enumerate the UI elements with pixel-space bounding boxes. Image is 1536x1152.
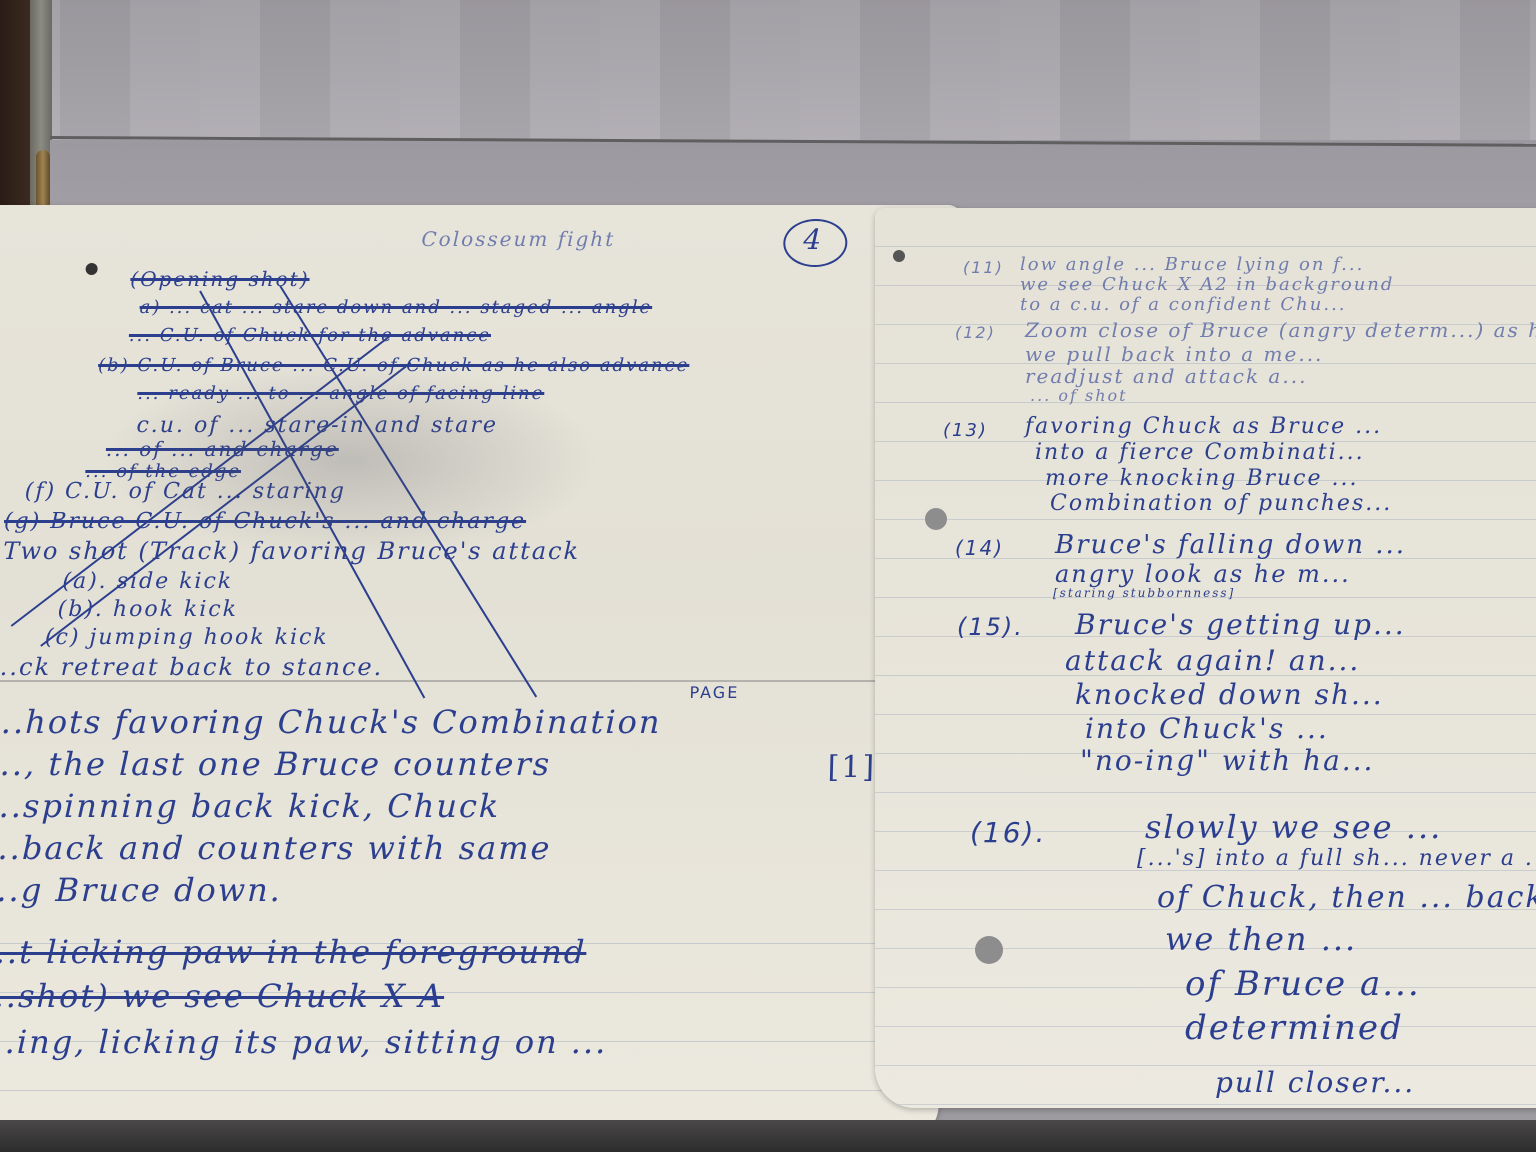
display-case-hinge — [36, 150, 50, 210]
entry-line: into a fierce Combinati... — [1035, 440, 1365, 465]
script-line: ...hots favoring Chuck's Combination — [0, 703, 662, 741]
entry-line: Zoom close of Bruce (angry determ...) as… — [1025, 318, 1536, 342]
entry-line: knocked down sh... — [1075, 678, 1384, 711]
page-number: 4 — [803, 223, 824, 256]
attack-list-item: (a). side kick — [62, 569, 233, 594]
script-line: ...g Bruce down. — [0, 871, 282, 909]
entry-line: Combination of punches... — [1050, 491, 1392, 516]
entry-number: (12) — [955, 323, 996, 342]
entry-line: angry look as he m... — [1055, 560, 1351, 588]
entry-line-annotation: [staring stubbornness] — [1053, 586, 1235, 600]
punch-hole — [893, 250, 905, 262]
entry-number: (13) — [943, 420, 988, 441]
script-line-struck: (Opening shot) — [130, 267, 310, 291]
entry-line: favoring Chuck as Bruce ... — [1025, 414, 1382, 439]
entry-line: Bruce's getting up... — [1075, 608, 1406, 641]
script-line: ...back and counters with same — [0, 829, 552, 867]
entry-line: we pull back into a me... — [1025, 342, 1323, 366]
entry-line: slowly we see ... — [1145, 808, 1442, 846]
entry-line: readjust and attack a... — [1025, 364, 1307, 388]
entry-line: of Chuck, then ... back-zoom — [1157, 880, 1536, 915]
bracket-note: [1] — [827, 750, 876, 785]
right-page: (11) low angle ... Bruce lying on f... w… — [875, 208, 1536, 1108]
background-wall — [0, 0, 1536, 150]
entry-number: (11) — [963, 258, 1004, 277]
entry-line: determined — [1185, 1008, 1404, 1048]
entry-line: of Bruce a... — [1185, 964, 1421, 1004]
entry-line: more knocking Bruce ... — [1045, 466, 1358, 491]
entry-line: attack again! an... — [1065, 644, 1360, 677]
punch-hole — [975, 936, 1003, 964]
entry-line: to a c.u. of a confident Chu... — [1020, 294, 1347, 315]
script-line-struck: ...shot) we see Chuck X A — [0, 977, 445, 1015]
entry-line: Bruce's falling down ... — [1055, 530, 1406, 560]
entry-line: into Chuck's ... — [1085, 712, 1329, 745]
script-line-struck: a) ... cat ... stare down and ... staged… — [139, 297, 652, 318]
entry-line: we see Chuck X A2 in background — [1020, 274, 1394, 295]
left-page: Colosseum fight 4 (Opening shot) a) ... … — [0, 205, 962, 1145]
entry-line: low angle ... Bruce lying on f... — [1020, 254, 1364, 275]
attack-list-closing: ...ck retreat back to stance. — [0, 653, 384, 681]
entry-number: (15). — [957, 613, 1024, 641]
script-line: ...ing, licking its paw, sitting on ... — [0, 1023, 608, 1061]
script-line: ..., the last one Bruce counters — [0, 745, 552, 783]
shadow — [100, 360, 600, 560]
entry-line: ... of shot — [1030, 386, 1128, 405]
entry-line: pull closer... — [1215, 1066, 1415, 1099]
case-base — [0, 1120, 1536, 1152]
script-line: ...spinning back kick, Chuck — [0, 787, 501, 825]
entry-line: "no-ing" with ha... — [1080, 744, 1374, 777]
page-title: Colosseum fight — [421, 227, 616, 251]
entry-number: (16). — [970, 816, 1046, 849]
script-line-struck: ...t licking paw in the foreground — [0, 933, 587, 971]
entry-line: [...'s] into a full sh... never a ... — [1137, 846, 1536, 871]
entry-line: we then ... — [1165, 920, 1357, 958]
entry-number: (14) — [955, 536, 1004, 560]
page-label: PAGE — [689, 683, 739, 702]
punch-hole — [925, 508, 947, 530]
attack-list-item: (c) jumping hook kick — [45, 625, 329, 650]
punch-hole — [85, 263, 97, 275]
